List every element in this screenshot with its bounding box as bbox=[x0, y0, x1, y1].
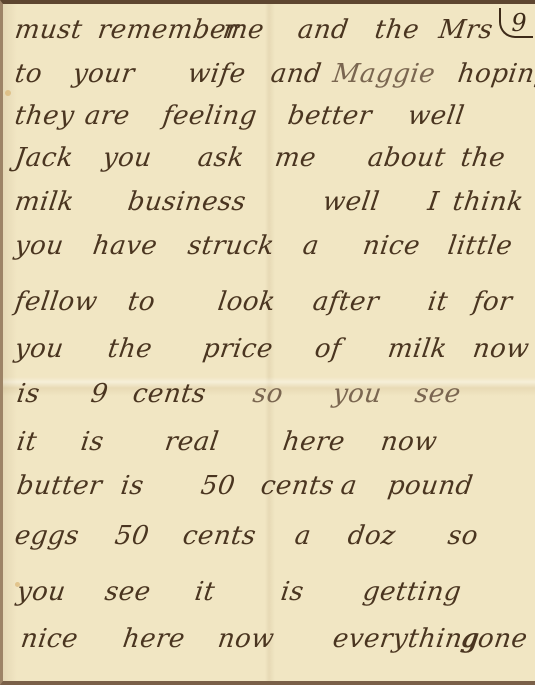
word: a bbox=[338, 466, 360, 506]
word: hoping bbox=[455, 54, 535, 94]
word: fellow bbox=[12, 282, 100, 322]
word: you bbox=[12, 226, 66, 266]
word: well bbox=[320, 182, 382, 222]
word: I bbox=[425, 182, 441, 222]
word: of bbox=[312, 329, 344, 369]
word: have bbox=[90, 226, 160, 266]
word: now bbox=[215, 619, 277, 659]
word: see bbox=[102, 572, 153, 612]
word: see bbox=[412, 374, 463, 414]
word: about bbox=[365, 138, 448, 178]
word: to bbox=[12, 54, 45, 94]
word: you bbox=[12, 329, 66, 369]
word: getting bbox=[360, 572, 464, 612]
word: for bbox=[470, 282, 515, 322]
word: nice bbox=[18, 619, 81, 659]
word: cents bbox=[258, 466, 337, 506]
word: milk bbox=[385, 329, 450, 369]
word: your bbox=[70, 54, 137, 94]
word: now bbox=[470, 329, 532, 369]
word: business bbox=[125, 182, 248, 222]
word: the bbox=[105, 329, 155, 369]
letter-line-8: you the price of milk now bbox=[3, 329, 535, 369]
word: well bbox=[405, 96, 467, 136]
letter-line-13: you see it is getting bbox=[3, 572, 535, 612]
letter-line-2: to your wife and Maggie hoping bbox=[3, 54, 535, 94]
word: gone bbox=[458, 619, 530, 659]
word: Mrs bbox=[436, 10, 496, 50]
letter-line-14: nice here now everything gone bbox=[3, 619, 535, 659]
word: now bbox=[378, 422, 440, 462]
letter-line-12: eggs 50 cents a doz so bbox=[3, 516, 535, 556]
letter-line-9: is 9 cents so you see bbox=[3, 374, 535, 414]
word: doz bbox=[345, 516, 398, 556]
letter-line-4: Jack you ask me about the bbox=[3, 138, 535, 178]
word: you bbox=[100, 138, 154, 178]
word: struck bbox=[185, 226, 277, 266]
word: look bbox=[215, 282, 278, 322]
word: you bbox=[14, 572, 68, 612]
word: must bbox=[12, 10, 85, 50]
word: ask bbox=[195, 138, 247, 178]
word: me bbox=[272, 138, 319, 178]
word: cents bbox=[130, 374, 209, 414]
word: nice bbox=[360, 226, 423, 266]
word: 9 bbox=[88, 374, 111, 414]
letter-line-7: fellow to look after it for bbox=[3, 282, 535, 322]
word: is bbox=[14, 374, 42, 414]
word: feeling bbox=[160, 96, 260, 136]
word: 50 bbox=[198, 466, 238, 506]
word: cents bbox=[180, 516, 259, 556]
word: the bbox=[372, 10, 422, 50]
word: Jack bbox=[12, 138, 76, 178]
word: so bbox=[250, 374, 286, 414]
word: 50 bbox=[112, 516, 152, 556]
letter-line-11: butter is 50 cents a pound bbox=[3, 466, 535, 506]
word: to bbox=[125, 282, 158, 322]
word: eggs bbox=[12, 516, 82, 556]
word: think bbox=[450, 182, 526, 222]
word: a bbox=[292, 516, 314, 556]
letter-line-10: it is real here now bbox=[3, 422, 535, 462]
word: little bbox=[445, 226, 515, 266]
word: the bbox=[458, 138, 508, 178]
word: here bbox=[280, 422, 348, 462]
word: are bbox=[82, 96, 132, 136]
word: so bbox=[445, 516, 481, 556]
word: is bbox=[118, 466, 146, 506]
word: and bbox=[295, 10, 351, 50]
word: price bbox=[200, 329, 275, 369]
word: milk bbox=[12, 182, 77, 222]
letter-line-3: they are feeling better well bbox=[3, 96, 535, 136]
word: wife bbox=[185, 54, 248, 94]
letter-line-6: you have struck a nice little bbox=[3, 226, 535, 266]
word: Maggie bbox=[330, 54, 438, 94]
word: you bbox=[330, 374, 384, 414]
word: it bbox=[192, 572, 217, 612]
word: real bbox=[162, 422, 221, 462]
word: is bbox=[278, 572, 306, 612]
word: better bbox=[285, 96, 374, 136]
word: a bbox=[300, 226, 322, 266]
letter-line-5: milk business well I think bbox=[3, 182, 535, 222]
word: pound bbox=[385, 466, 476, 506]
letter-page: 9 must remember me and the Mrs to your w… bbox=[0, 0, 535, 685]
word: remember bbox=[95, 10, 242, 50]
word: me bbox=[220, 10, 267, 50]
letter-line-1: must remember me and the Mrs bbox=[3, 10, 535, 50]
word: and bbox=[268, 54, 324, 94]
word: it bbox=[425, 282, 450, 322]
word: butter bbox=[14, 466, 105, 506]
word: they bbox=[12, 96, 77, 136]
word: it bbox=[14, 422, 39, 462]
word: after bbox=[310, 282, 382, 322]
word: here bbox=[120, 619, 188, 659]
word: is bbox=[78, 422, 106, 462]
